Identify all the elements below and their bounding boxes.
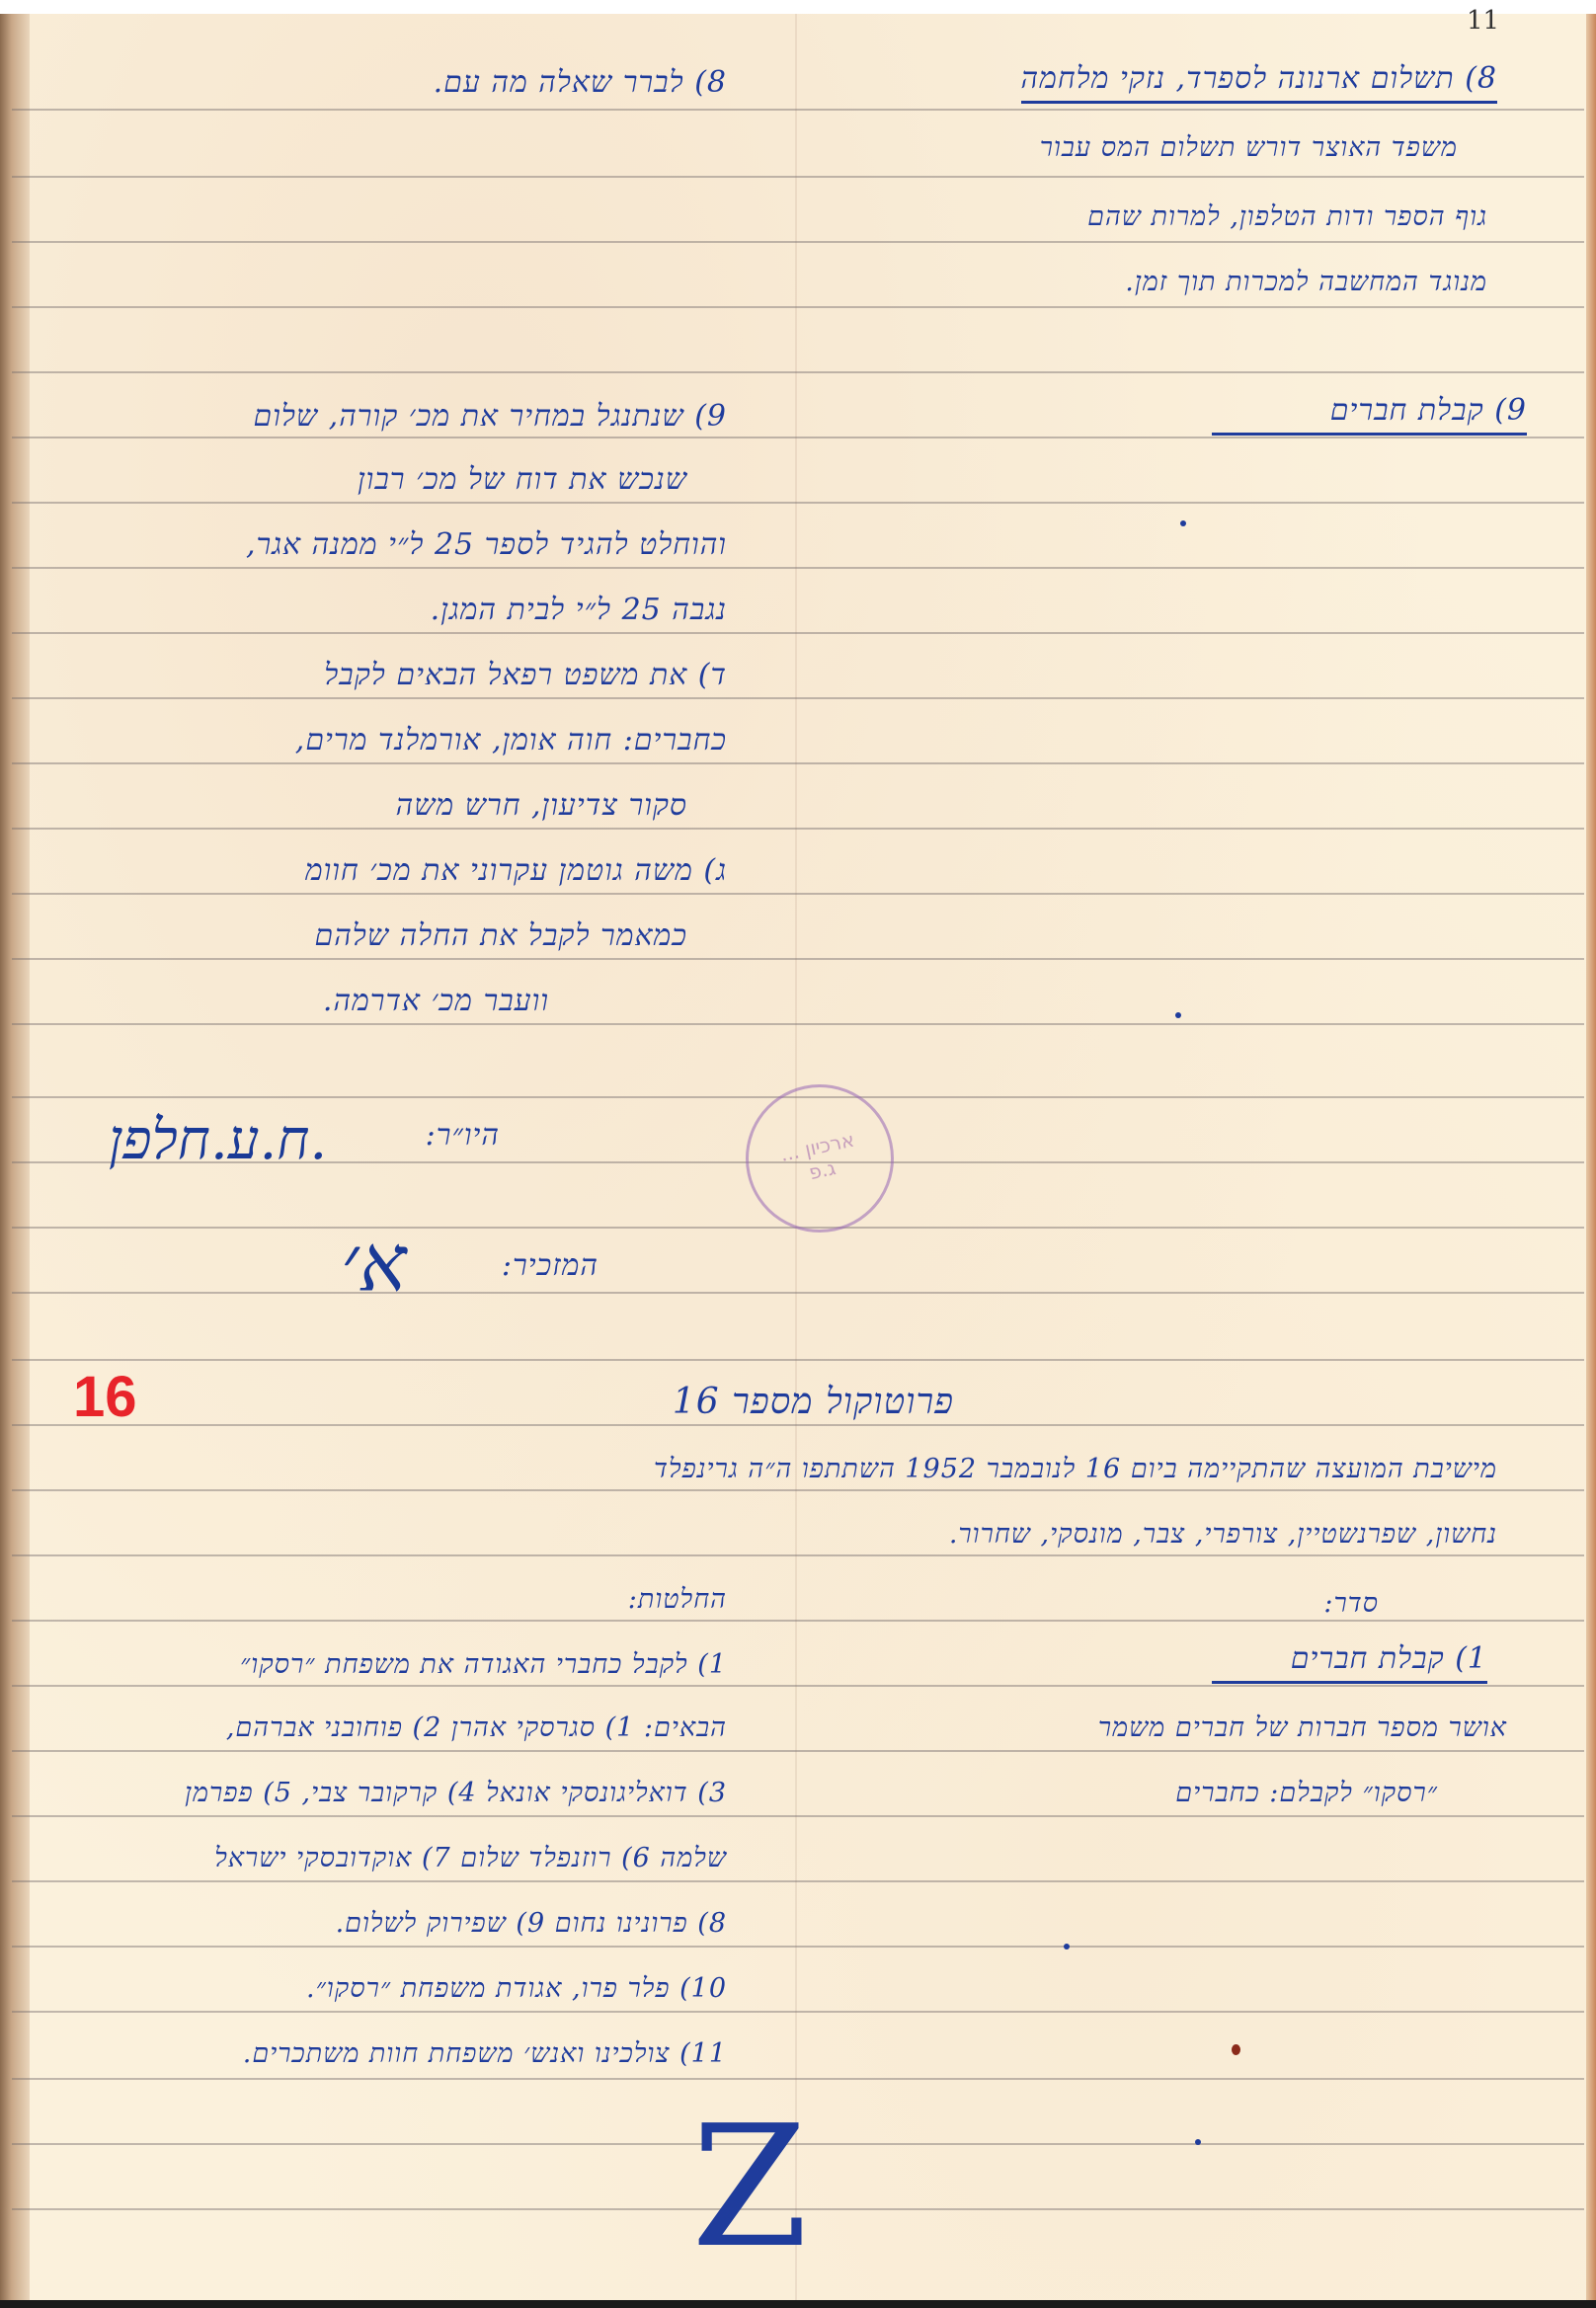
ruled-line bbox=[12, 567, 1584, 569]
item9-line: 9) שנתנגל במחיר את מכ׳ קורה, שלום bbox=[253, 397, 727, 437]
page-edge bbox=[1586, 14, 1596, 2301]
item8-line: מנוגד המחשבה למכרות תוך זמן. bbox=[1125, 263, 1487, 302]
protocol-title: פרוטוקול מספר 16 bbox=[673, 1383, 954, 1422]
ruled-line bbox=[12, 1815, 1584, 1817]
ruled-line bbox=[12, 958, 1584, 960]
ruled-line bbox=[12, 437, 1584, 438]
secretary-signature: א׳ bbox=[341, 1234, 406, 1294]
ruled-line bbox=[12, 828, 1584, 830]
ruled-line bbox=[12, 1424, 1584, 1426]
ruled-line bbox=[12, 1023, 1584, 1025]
ruled-line bbox=[12, 893, 1584, 895]
ruled-line bbox=[12, 1292, 1584, 1294]
item8-line: גוף הספר ודות הטלפון, למרות שהם bbox=[1087, 198, 1487, 237]
ruled-line bbox=[12, 2011, 1584, 2013]
decisions-label: החלטות: bbox=[628, 1580, 727, 1620]
ruled-line bbox=[12, 306, 1584, 308]
ruled-line bbox=[12, 1750, 1584, 1752]
item9-line: כחברים: חוה אומן, אורמלנד מרים, bbox=[295, 721, 727, 760]
ruled-line bbox=[12, 632, 1584, 634]
closing-z-mark: Z bbox=[691, 2104, 808, 2271]
item8-heading-right: 8) תשלום ארנונה לספרד, נזקי מלחמה bbox=[1021, 59, 1498, 104]
ink-speck bbox=[1064, 1944, 1070, 1950]
ruled-line bbox=[12, 1880, 1584, 1882]
book-binding bbox=[0, 14, 30, 2301]
agenda-detail-line: ״רסקו״ לקבלם: כחברים bbox=[1175, 1774, 1438, 1813]
item8-left-line: 8) לברר שאלה מה עם. bbox=[434, 63, 727, 103]
item9-line: סקור צדיעון, חרש משה bbox=[396, 786, 687, 826]
ruled-line bbox=[12, 1554, 1584, 1556]
secretary-label: המזכיר: bbox=[502, 1246, 598, 1286]
page-corner-number: 11 bbox=[1467, 6, 1499, 36]
ruled-line bbox=[12, 109, 1584, 111]
decision-line: שלמה 6) רוזנפלד שלום 7) אוקדובסקי ישראל bbox=[214, 1839, 727, 1878]
decision-line: 11) צולכינו ואנש׳ משפחת חוות משתכרים. bbox=[243, 2034, 727, 2074]
ruled-line bbox=[12, 697, 1584, 699]
item9-line: ג) משה גוטמן עקרוני את מכ׳ חוומ bbox=[305, 851, 727, 891]
protocol-intro-line: נחשון, שפרנשטיין, צורפרי, צבר, מונסקי, ש… bbox=[949, 1515, 1497, 1554]
item9-line: כמאמר לקבל את החלה שלהם bbox=[314, 916, 687, 956]
ruled-line bbox=[12, 176, 1584, 178]
ruled-line bbox=[12, 1489, 1584, 1491]
ink-speck bbox=[1195, 2139, 1201, 2145]
scan-bottom-border bbox=[0, 2300, 1596, 2308]
protocol-intro-line: מישיבת המועצה שהתקיימה ביום 16 לנובמבר 1… bbox=[654, 1450, 1497, 1489]
ruled-line bbox=[12, 502, 1584, 504]
item9-line: נגבה 25 ל״י לבית המגן. bbox=[431, 591, 727, 630]
item9-line: שנכש את דוח של מכ׳ רבון bbox=[358, 460, 687, 500]
item9-line: וועבר מכ׳ אדרמה. bbox=[323, 982, 549, 1021]
decision-line: 8) פרונינו נחום 9) שפירוק לשלום. bbox=[336, 1904, 727, 1944]
ink-speck bbox=[1180, 520, 1186, 526]
decision-line: הבאים: 1) סגרסקי אהרן 2) פוחובני אברהם, bbox=[226, 1709, 727, 1748]
item8-line: משפד האוצר דורש תשלום המס עבור bbox=[1040, 128, 1458, 168]
ruled-line bbox=[12, 2078, 1584, 2080]
chairman-signature: ח.ע.חלפן. bbox=[109, 1111, 327, 1170]
chairman-label: היו״ר: bbox=[426, 1116, 500, 1155]
protocol-number-annotation: 16 bbox=[73, 1368, 137, 1427]
ruled-line bbox=[12, 371, 1584, 373]
item9-line: ד) את משפט רפאל הבאים לקבל bbox=[324, 656, 727, 695]
agenda-detail-line: אושר מספר חברות של חברים משמר bbox=[1098, 1709, 1507, 1748]
item9-line: והוחלט להגיד לספר 25 ל״י ממנה אגר, bbox=[246, 525, 727, 565]
ruled-line bbox=[12, 762, 1584, 764]
ruled-line bbox=[12, 1359, 1584, 1361]
item9-heading-right: 9) קבלת חברים bbox=[1212, 391, 1527, 436]
ruled-line bbox=[12, 241, 1584, 243]
decision-line: 10) פלר פרו, אגודת משפחת ״רסקו״. bbox=[306, 1969, 727, 2009]
agenda-label: סדר: bbox=[1323, 1584, 1379, 1624]
ink-speck bbox=[1175, 1012, 1181, 1018]
ruled-line bbox=[12, 1946, 1584, 1948]
agenda-item: 1) קבלת חברים bbox=[1212, 1639, 1487, 1684]
stain-speck bbox=[1232, 2044, 1240, 2055]
decision-line: 1) לקבל כחברי האגודה את משפחת ״רסקו״ bbox=[240, 1645, 727, 1685]
decision-line: 3) דואליגונסקי אונאל 4) קרקובר צבי, 5) פ… bbox=[185, 1774, 727, 1813]
ruled-line bbox=[12, 1685, 1584, 1687]
